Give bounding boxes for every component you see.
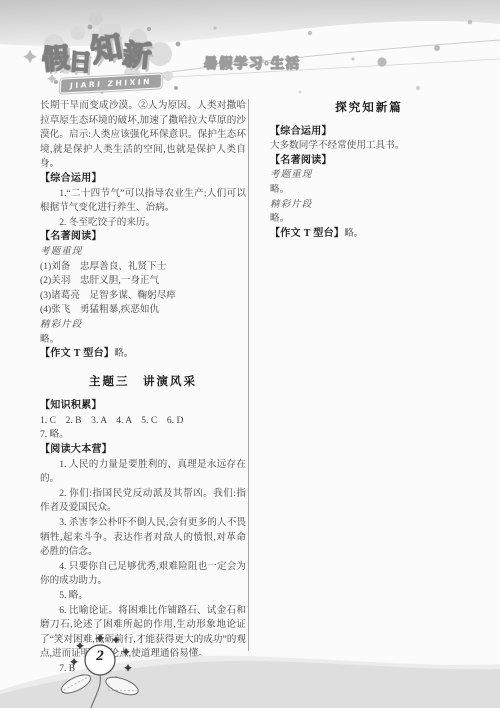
answer-text: 略。 (270, 183, 468, 198)
answer-text: 略。 (114, 348, 133, 359)
answer-text: 略。 (344, 228, 363, 239)
flower-stem (91, 675, 100, 708)
answer-text: (4)张飞 勇猛粗暴,疾恶如仇 (40, 303, 246, 318)
answer-text: (2)关羽 忠肝义胆,一身正气 (40, 274, 246, 289)
answer-text: 1.“二十四节气”可以指导农业生产;人们可以根据节气变化进行养生、治病。 (40, 187, 246, 216)
section-heading: 【综合运用】 (40, 172, 246, 187)
section-heading: 【阅读大本营】 (40, 443, 246, 458)
section-heading-inline: 【作文 T 型台】略。 (270, 227, 468, 242)
answer-text: 长期干旱而变成沙漠。②人为原因。人类对撒哈拉草原生态环境的破坏,加速了撒哈拉大草… (40, 99, 246, 172)
answer-text: 略。 (40, 333, 246, 348)
section-heading: 【名著阅读】 (270, 154, 468, 169)
subsection-label: 精彩片段 (270, 198, 468, 213)
answer-text: 1. C 2. B 3. A 4. A 5. C 6. D (40, 414, 246, 429)
left-column: 长期干旱而变成沙漠。②人为原因。人类对撒哈拉草原生态环境的破坏,加速了撒哈拉大草… (40, 99, 246, 653)
logo-character: 日 (68, 43, 93, 78)
logo-subtitle: 暑假学习·生活 (204, 52, 301, 72)
workbook-answer-page: 假日知新 JIARI ZHIXIN 暑假学习·生活 长期干旱而变成沙漠。②人为原… (0, 0, 500, 708)
answer-text: (1)刘备 忠厚善良、礼贤下士 (40, 260, 246, 275)
subsection-label: 考题重现 (40, 245, 246, 260)
subsection-label: 精彩片段 (40, 318, 246, 333)
logo-character: 新 (121, 33, 153, 76)
magazine-logo: 假日知新 JIARI ZHIXIN (36, 24, 196, 96)
logo-title: 假日知新 (42, 32, 151, 77)
section-heading: 【作文 T 型台】 (40, 348, 114, 359)
answer-text: (3)诸葛亮 足智多谋、鞠躬尽瘁 (40, 289, 246, 304)
right-column: 探究知新篇【综合运用】大多数同学不经常使用工具书。【名著阅读】考题重现略。精彩片… (270, 99, 468, 653)
answer-text: 略。 (270, 212, 468, 227)
masthead: 假日知新 JIARI ZHIXIN 暑假学习·生活 (36, 24, 466, 96)
answer-text: 7. 略。 (40, 428, 246, 443)
answer-text: 2. 你们:指国民党反动派及其帮凶。我们:指作者及爱国民众。 (40, 487, 246, 516)
page-number-flower: 2 (58, 626, 168, 708)
section-heading: 【作文 T 型台】 (270, 228, 344, 239)
answer-columns: 长期干旱而变成沙漠。②人为原因。人类对撒哈拉草原生态环境的破坏,加速了撒哈拉大草… (40, 99, 470, 653)
page-number: 2 (86, 648, 114, 665)
answer-text: 5. 略。 (40, 589, 246, 604)
topic-title: 主题三 讲演风采 (40, 375, 246, 390)
section-heading: 【知识积累】 (40, 399, 246, 414)
section-heading-inline: 【作文 T 型台】略。 (40, 347, 246, 362)
answer-text: 1. 人民的力量是要胜利的、真理是永远存在的。 (40, 458, 246, 487)
column-divider-rule (248, 99, 249, 651)
answer-text: 大多数同学不经常使用工具书。 (270, 139, 468, 154)
section-heading: 【名著阅读】 (40, 230, 246, 245)
answer-text: 4. 只要你自己足够优秀,艰难险阻也一定会为你的成功助力。 (40, 560, 246, 589)
subsection-label: 考题重现 (270, 168, 468, 183)
answer-text: 3. 杀害李公朴吓不倒人民,会有更多的人不畏牺牲,起来斗争。表达作者对敌人的愤恨… (40, 516, 246, 560)
logo-character: 假 (40, 36, 71, 78)
section-heading: 【综合运用】 (270, 125, 468, 140)
answer-text: 2. 冬至吃饺子的来历。 (40, 216, 246, 231)
topic-title: 探究知新篇 (270, 101, 468, 116)
